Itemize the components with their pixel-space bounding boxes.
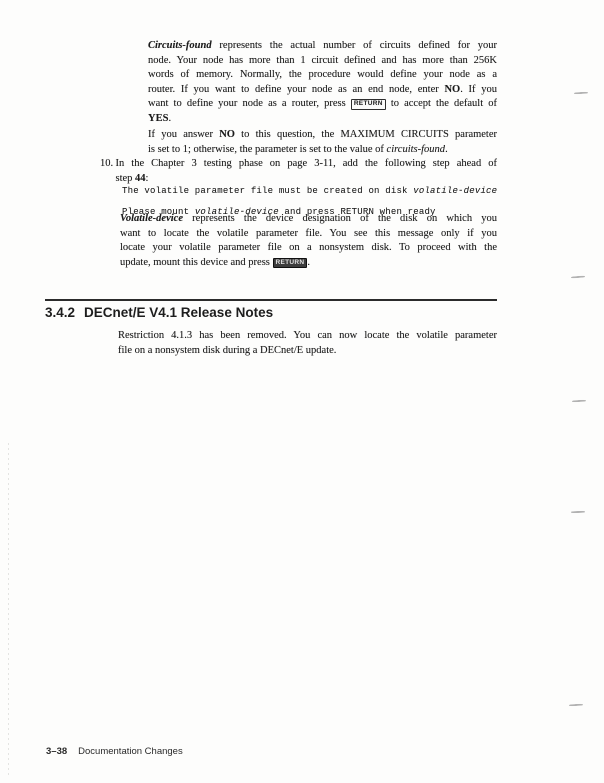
text-segment: Circuits-found	[148, 40, 212, 51]
text-segment: is set to 1; otherwise, the parameter is…	[148, 144, 387, 155]
text-segment: words of memory. Normally, the procedure…	[148, 69, 497, 80]
text-segment: volatile-device	[413, 186, 497, 196]
text-segment: want to locate the volatile parameter fi…	[120, 228, 497, 239]
text-segment: represents the actual number of circuits…	[212, 40, 497, 51]
section-number: 3.4.2	[45, 305, 84, 320]
text-segment: file on a nonsystem disk during a DECnet…	[118, 345, 336, 356]
return-keycap: RETURN	[351, 99, 386, 110]
text-segment: to this question, the MAXIMUM CIRCUITS p…	[235, 129, 497, 140]
scan-mark	[569, 704, 583, 707]
text-segment: If you answer	[148, 129, 219, 140]
release-notes-paragraph: Restriction 4.1.3 has been removed. You …	[118, 329, 497, 358]
circuits-found-paragraph: Circuits-found represents the actual num…	[148, 39, 497, 126]
scan-mark	[571, 276, 585, 279]
text-segment: locate your volatile parameter file on a…	[120, 242, 497, 253]
text-segment: update, mount this device and press	[120, 257, 273, 268]
text-segment: router. If you want to define your node …	[148, 84, 444, 95]
scan-mark	[571, 511, 585, 513]
maximum-circuits-paragraph: If you answer NO to this question, the M…	[148, 128, 497, 157]
text-segment: Volatile-device	[120, 213, 183, 224]
text-segment: The volatile parameter file must be crea…	[122, 186, 413, 196]
text-segment: .	[445, 144, 448, 155]
scan-edge-artifact	[8, 443, 9, 775]
footer-label: Documentation Changes	[78, 746, 183, 757]
text-segment: YES	[148, 113, 168, 124]
text-segment: Restriction 4.1.3 has been removed. You …	[118, 330, 497, 341]
page-footer: 3–38Documentation Changes	[46, 746, 183, 757]
text-segment: .	[307, 257, 310, 268]
footer-page-number: 3–38	[46, 746, 67, 757]
text-segment: want to define your node as a router, pr…	[148, 98, 351, 109]
list-item-number: 10.	[100, 157, 113, 172]
text-segment: . If you	[460, 84, 497, 95]
text-segment: NO	[219, 129, 235, 140]
text-segment: NO	[444, 84, 460, 95]
text-segment: .	[168, 113, 171, 124]
text-segment: circuits-found	[387, 144, 446, 155]
volatile-device-paragraph: Volatile-device represents the device de…	[120, 212, 497, 270]
scan-mark	[572, 400, 586, 403]
text-segment: In the Chapter 3 testing phase on page 3…	[116, 158, 498, 169]
return-keycap: RETURN	[273, 258, 308, 269]
section-divider-rule	[45, 299, 497, 301]
section-title: DECnet/E V4.1 Release Notes	[84, 305, 273, 320]
text-segment: to accept the default of	[386, 98, 497, 109]
section-heading: 3.4.2DECnet/E V4.1 Release Notes	[45, 305, 505, 320]
text-segment: node. Your node has more than 1 circuit …	[148, 55, 497, 66]
scan-mark	[574, 92, 588, 95]
manual-page: Circuits-found represents the actual num…	[0, 0, 604, 783]
text-segment: represents the device designation of the…	[183, 213, 497, 224]
